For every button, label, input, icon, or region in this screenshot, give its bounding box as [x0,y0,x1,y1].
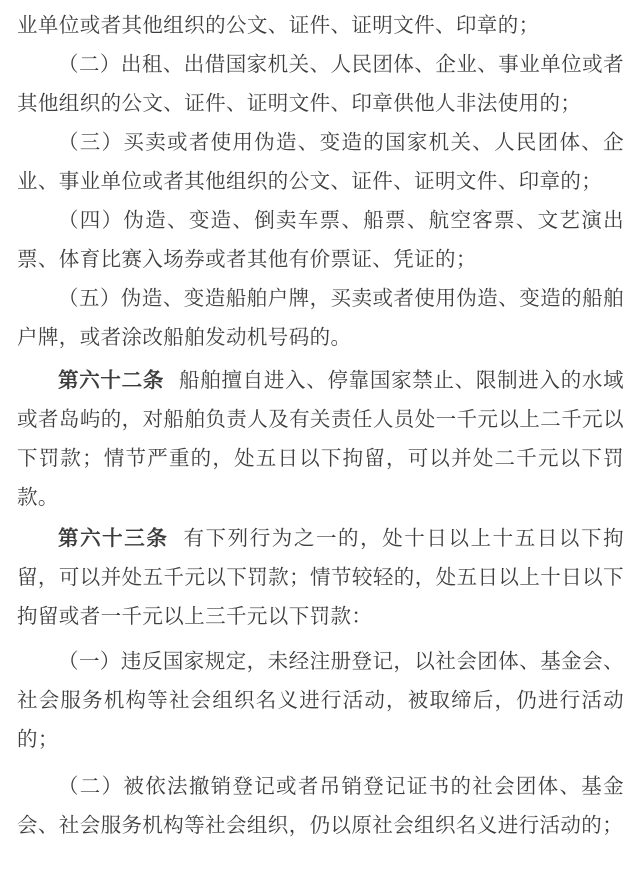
clause-item-2: （二）出租、出借国家机关、人民团体、企业、事业单位或者其他组织的公文、证件、证明… [17,46,624,124]
article-62-paragraph: 第六十二条船舶擅自进入、停靠国家禁止、限制进入的水域或者岛屿的，对船舶负责人及有… [17,362,624,518]
article-63-number: 第六十三条 [58,528,168,550]
article-62-number: 第六十二条 [58,370,164,392]
article-63-paragraph: 第六十三条有下列行为之一的，处十日以上十五日以下拘留，可以并处五千元以下罚款；情… [17,520,624,637]
clause-item-1b: （一）违反国家规定，未经注册登记，以社会团体、基金会、社会服务机构等社会组织名义… [17,643,624,760]
clause-item-4: （四）伪造、变造、倒卖车票、船票、航空客票、文艺演出票、体育比赛入场券或者其他有… [17,202,624,280]
document-page: 业单位或者其他组织的公文、证件、证明文件、印章的； （二）出租、出借国家机关、人… [0,0,640,895]
paragraph-continuation: 业单位或者其他组织的公文、证件、证明文件、印章的； [17,7,624,46]
clause-item-3: （三）买卖或者使用伪造、变造的国家机关、人民团体、企业、事业单位或者其他组织的公… [17,124,624,202]
clause-item-2b: （二）被依法撤销登记或者吊销登记证书的社会团体、基金会、社会服务机构等社会组织，… [17,768,624,846]
clause-item-5: （五）伪造、变造船舶户牌，买卖或者使用伪造、变造的船舶户牌，或者涂改船舶发动机号… [17,280,624,358]
